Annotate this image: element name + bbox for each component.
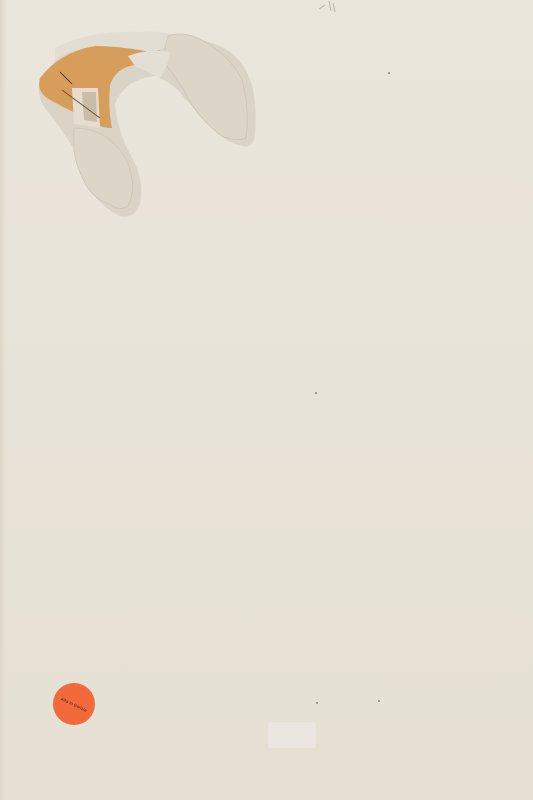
torn-hole xyxy=(0,0,533,800)
speck xyxy=(315,392,317,394)
sticker-text: Alta in Gorizia xyxy=(59,695,88,712)
speck xyxy=(388,72,390,74)
scuff-mark xyxy=(315,0,341,12)
orange-label-sticker: Alta in Gorizia xyxy=(53,683,95,725)
speck xyxy=(316,702,318,704)
tape-residue xyxy=(268,722,316,748)
speck xyxy=(378,700,380,702)
board-back: Alta in Gorizia xyxy=(0,0,533,800)
